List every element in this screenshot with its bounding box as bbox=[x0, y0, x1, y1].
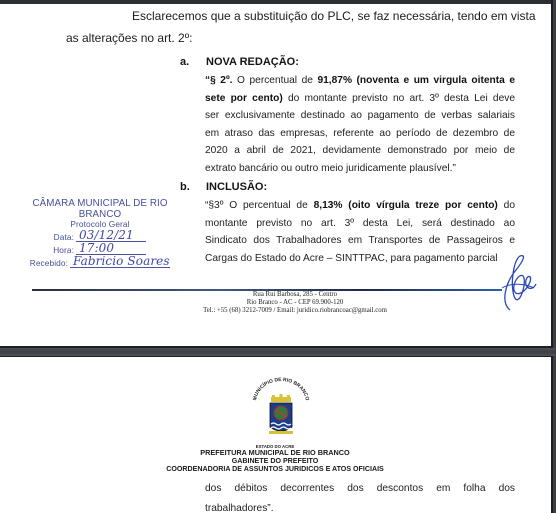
stamp-time-label: Hora: bbox=[20, 245, 76, 255]
signature-icon bbox=[496, 252, 542, 322]
text-line: sete por cento) do montante previsto no … bbox=[205, 90, 515, 108]
item-a-text: “§ 2º. O percentual de 91,87% (noventa e… bbox=[205, 72, 515, 178]
stamp-received-row: Recebido: Fabricio Soares bbox=[20, 255, 180, 268]
footer-contact: Tel.: +55 (68) 3212-7009 / Email: juridi… bbox=[180, 307, 410, 315]
text-line: montante previsto no art. 3º desta Lei, … bbox=[205, 215, 515, 233]
continuation-line: dos débitos decorrentes dos descontos em… bbox=[205, 479, 515, 499]
text-line: 2020 a abril de 2021, devidamente demons… bbox=[205, 142, 515, 160]
item-b-label: b. bbox=[180, 181, 206, 193]
stamp-institution: CÂMARA MUNICIPAL DE RIO BRANCO bbox=[20, 198, 180, 220]
page-footer: Rua Rui Barbosa, 285 - Centro Rio Branco… bbox=[180, 291, 410, 316]
text-line: ser exclusivamente destinado ao pagament… bbox=[205, 107, 515, 125]
letterhead-division: COORDENADORIA DE ASSUNTOS JURIDICOS E AT… bbox=[126, 465, 424, 473]
document-page-2: MUNICÍPIO DE RIO BRANCO ESTADO DO ACRE P… bbox=[0, 356, 553, 513]
text-line: extrato bancário ou outro meio juridicam… bbox=[205, 160, 515, 178]
item-b-heading: b.INCLUSÃO: bbox=[180, 181, 267, 193]
letterhead-office: GABINETE DO PREFEITO bbox=[150, 457, 400, 465]
text-line: Cargas do Estado do Acre – SINTTPAC, par… bbox=[205, 250, 515, 268]
item-a-heading: a.NOVA REDAÇÃO: bbox=[180, 56, 299, 68]
intro-line-2: as alterações no art. 2º: bbox=[66, 28, 192, 49]
protocol-stamp: CÂMARA MUNICIPAL DE RIO BRANCO Protocolo… bbox=[20, 198, 180, 268]
letterhead: ESTADO DO ACRE PREFEITURA MUNICIPAL DE R… bbox=[150, 444, 400, 473]
footer-city: Rio Branco - AC - CEP 69.900-120 bbox=[180, 299, 410, 307]
text-line: em atraso das empresas, referente ao per… bbox=[205, 125, 515, 143]
continuation-line: trabalhadores”. bbox=[205, 499, 515, 513]
item-a-title: NOVA REDAÇÃO: bbox=[206, 56, 299, 68]
stamp-received-value: Fabricio Soares bbox=[70, 255, 170, 268]
municipal-crest-icon: MUNICÍPIO DE RIO BRANCO bbox=[246, 377, 316, 443]
stamp-date-label: Data: bbox=[38, 232, 76, 242]
document-page-1: Esclarecemos que a substituição do PLC, … bbox=[0, 0, 553, 348]
text-line: “§ 2º. O percentual de 91,87% (noventa e… bbox=[205, 72, 515, 90]
item-b-text: “§3º O percentual de 8,13% (oito vírgula… bbox=[205, 197, 515, 267]
item-a-label: a. bbox=[180, 56, 206, 68]
letterhead-org: PREFEITURA MUNICIPAL DE RIO BRANCO bbox=[150, 449, 400, 457]
footer-address: Rua Rui Barbosa, 285 - Centro bbox=[180, 291, 410, 299]
page-separator bbox=[0, 348, 556, 356]
item-b-title: INCLUSÃO: bbox=[206, 181, 267, 193]
stamp-received-label: Recebido: bbox=[20, 258, 70, 268]
text-line: “§3º O percentual de 8,13% (oito vírgula… bbox=[205, 197, 515, 215]
intro-line-1: Esclarecemos que a substituição do PLC, … bbox=[132, 6, 536, 27]
text-line: Sindicato dos Trabalhadores em Transport… bbox=[205, 232, 515, 250]
continuation-text: dos débitos decorrentes dos descontos em… bbox=[205, 479, 515, 513]
